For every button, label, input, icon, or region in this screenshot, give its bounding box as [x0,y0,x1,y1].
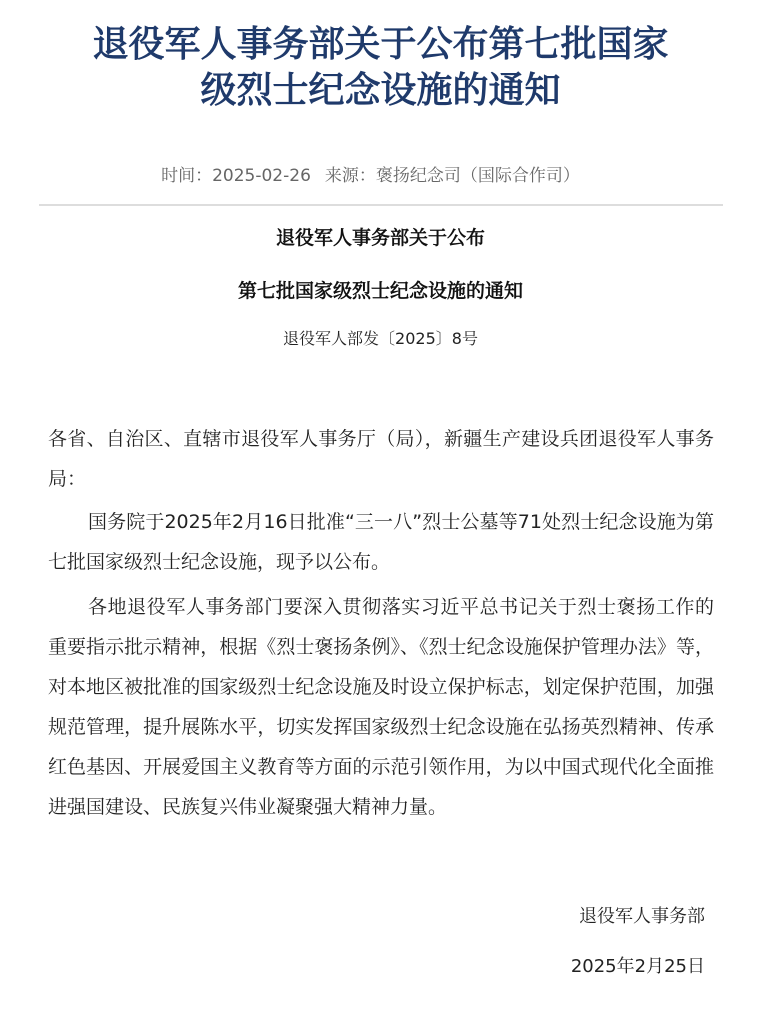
page-title-line-1: 退役军人事务部关于公布第七批国家 [0,22,761,68]
document-number: 退役军人部发〔2025〕8号 [0,326,761,352]
article-meta: 时间：2025-02-26来源：褒扬纪念司（国际合作司） [0,163,741,189]
source-value: 褒扬纪念司（国际合作司） [376,166,580,186]
time-label: 时间： [161,166,212,186]
page-title-line-2: 级烈士纪念设施的通知 [0,68,761,114]
document-heading-line-2: 第七批国家级烈士纪念设施的通知 [0,277,761,305]
publish-date: 2025-02-26 [212,166,311,186]
addressee-paragraph: 各省、自治区、直辖市退役军人事务厅（局），新疆生产建设兵团退役军人事务局： [48,419,714,499]
body-paragraph: 各地退役军人事务部门要深入贯彻落实习近平总书记关于烈士褒扬工作的重要指示批示精神… [48,587,714,827]
signature-organization: 退役军人事务部 [579,903,705,931]
body-paragraph: 国务院于2025年2月16日批准“三一八”烈士公墓等71处烈士纪念设施为第七批国… [48,502,714,582]
source-label: 来源： [325,166,376,186]
header-divider [39,204,723,206]
signature-date: 2025年2月25日 [571,953,705,981]
page-title: 退役军人事务部关于公布第七批国家 级烈士纪念设施的通知 [0,22,761,114]
document-heading-line-1: 退役军人事务部关于公布 [0,224,761,252]
